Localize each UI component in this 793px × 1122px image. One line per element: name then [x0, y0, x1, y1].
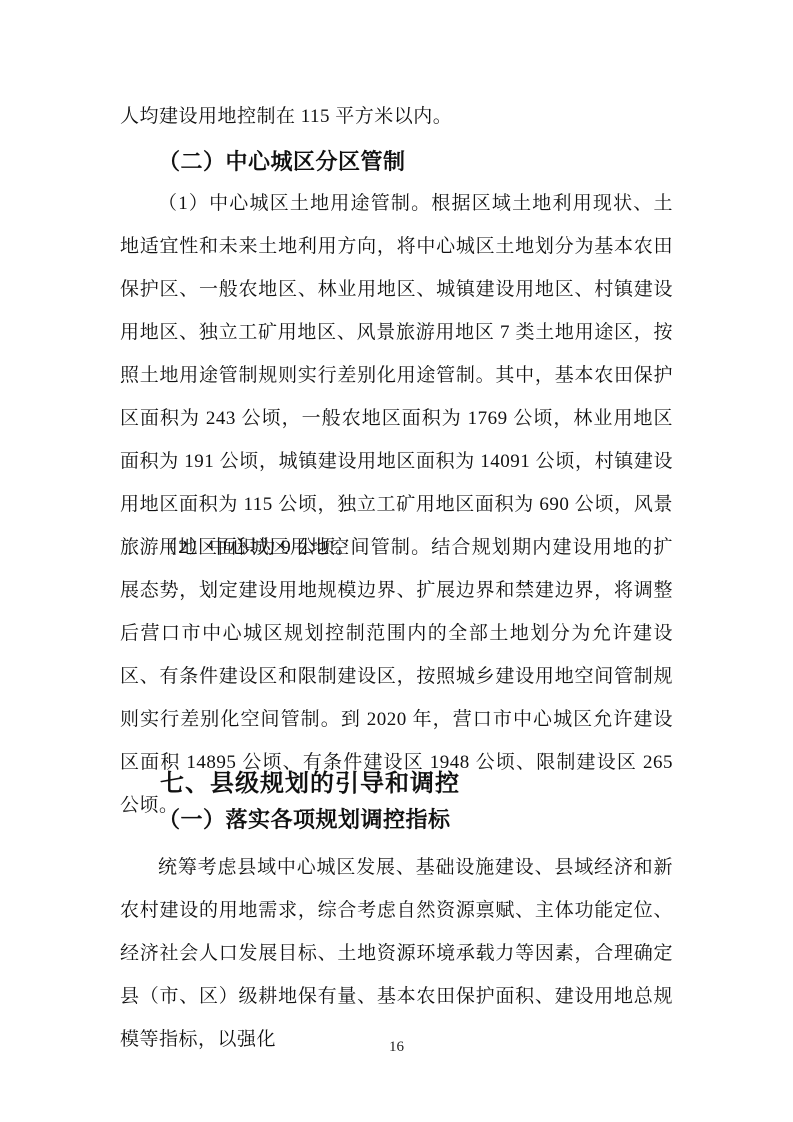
paragraph-continuation: 人均建设用地控制在 115 平方米以内。 — [120, 95, 673, 138]
subsection-heading-central-district-zoning: （二）中心城区分区管制 — [120, 139, 711, 184]
document-page: 人均建设用地控制在 115 平方米以内。 （二）中心城区分区管制 （1）中心城区… — [0, 0, 793, 1122]
page-number: 16 — [0, 1036, 793, 1058]
paragraph-land-use-control: （1）中心城区土地用途管制。根据区域土地利用现状、土地适宜性和未来土地利用方向，… — [120, 182, 673, 569]
subsection-heading-planning-indicators: （一）落实各项规划调控指标 — [120, 797, 711, 842]
paragraph-county-planning-indicators: 统筹考虑县域中心城区发展、基础设施建设、县域经济和新农村建设的用地需求，综合考虑… — [120, 846, 673, 1061]
